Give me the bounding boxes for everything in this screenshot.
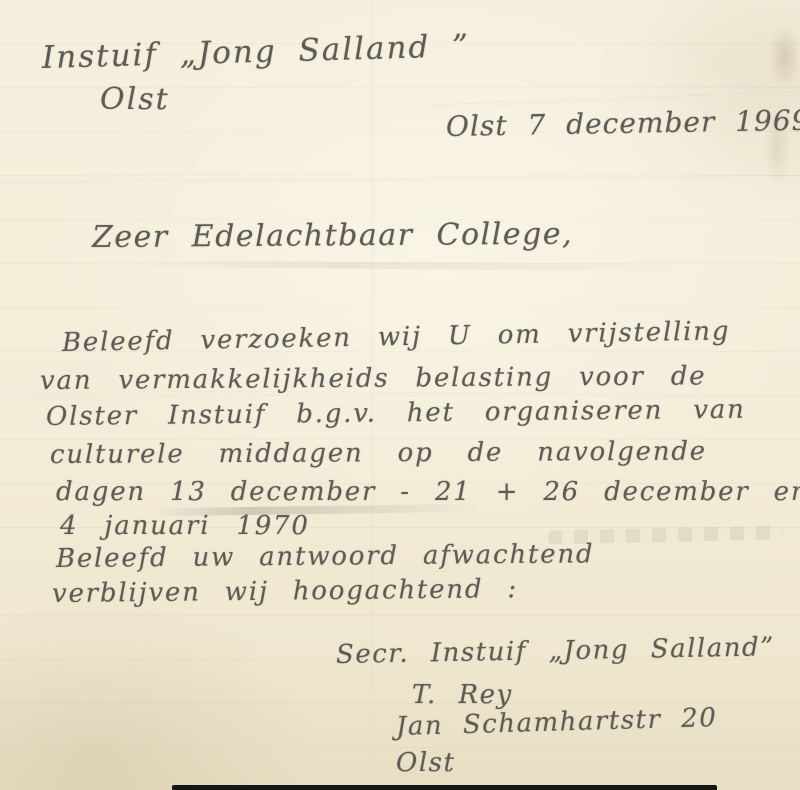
body-line-2: van vermakkelijkheids belasting voor de — [40, 361, 707, 396]
scanner-edge-shadow — [172, 785, 717, 790]
vertical-fold-crease — [371, 0, 374, 790]
horizontal-crease-top — [0, 175, 800, 184]
signature-city: Olst — [396, 748, 455, 778]
body-line-8: verblijven wij hoogachtend : — [52, 574, 518, 609]
body-line-4: culturele middagen op de navolgende — [50, 437, 707, 470]
signature-role-org: Secr. Instuif „Jong Salland” — [336, 632, 775, 670]
body-line-7: Beleefd uw antwoord afwachtend — [56, 539, 595, 574]
signature-name: T. Rey — [412, 680, 513, 710]
body-line-1: Beleefd verzoeken wij U om vrijstelling — [62, 316, 731, 358]
scanned-letter-page: Instuif „Jong Salland ” Olst Olst 7 dece… — [0, 0, 800, 790]
body-line-6: 4 januari 1970 — [60, 511, 310, 541]
salutation: Zeer Edelachtbaar College, — [92, 217, 573, 255]
body-line-5: dagen 13 december - 21 + 26 december en — [56, 477, 800, 507]
letterhead-place: Olst — [100, 82, 170, 117]
date-line: Olst 7 december 1969. — [446, 103, 800, 143]
letterhead-organization: Instuif „Jong Salland ” — [41, 28, 470, 76]
body-line-3: Olster Instuif b.g.v. het organiseren va… — [46, 395, 746, 432]
faint-smudge-under-salutation — [120, 260, 680, 271]
